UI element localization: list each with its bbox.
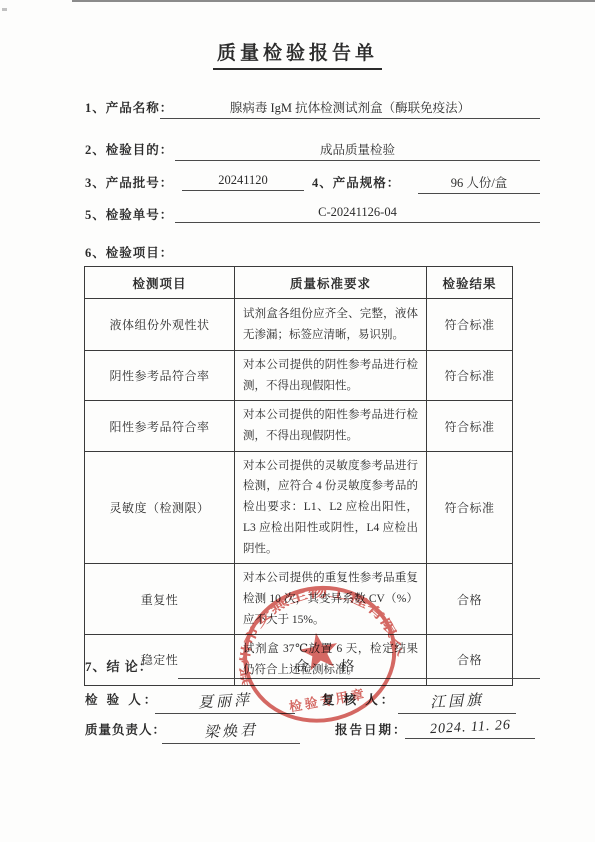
spec-label: 4、产品规格： xyxy=(312,173,400,191)
batch-label: 3、产品批号： xyxy=(85,173,173,191)
item-cell: 灵敏度（检测限） xyxy=(85,451,235,563)
stamp-star-icon xyxy=(297,630,341,672)
table-row: 阳性参考品符合率 对本公司提供的阳性参考品进行检测，不得出现假阴性。 符合标准 xyxy=(85,401,513,451)
field-purpose: 2、检验目的： 成品质量检验 xyxy=(0,140,595,164)
conclusion-label: 7、结 论： xyxy=(85,656,153,675)
quality-manager-label: 质量负责人： xyxy=(85,720,166,738)
item-cell: 阴性参考品符合率 xyxy=(85,351,235,401)
scan-artifact-top-line xyxy=(72,0,595,2)
item-cell: 重复性 xyxy=(85,564,235,635)
page-title: 质量检验报告单 xyxy=(213,38,382,70)
inspector-label: 检 验 人： xyxy=(85,690,159,708)
product-name-value: 腺病毒 IgM 抗体检测试剂盒（酶联免疫法） xyxy=(160,98,540,119)
table-row: 阴性参考品符合率 对本公司提供的阴性参考品进行检测，不得出现假阳性。 符合标准 xyxy=(85,351,513,401)
items-label: 6、检验项目： xyxy=(85,243,173,261)
field-items-heading: 6、检验项目： xyxy=(0,243,595,267)
requirement-cell: 试剂盒各组份应齐全、完整，液体无渗漏；标签应清晰，易识别。 xyxy=(235,299,427,351)
report-page: 质量检验报告单 1、产品名称： 腺病毒 IgM 抗体检测试剂盒（酶联免疫法） 2… xyxy=(0,0,595,842)
spec-value: 96 人份/盒 xyxy=(418,173,540,194)
col-header-item: 检测项目 xyxy=(85,267,235,299)
item-cell: 阳性参考品符合率 xyxy=(85,401,235,451)
report-no-label: 5、检验单号： xyxy=(85,205,173,223)
table-row: 液体组份外观性状 试剂盒各组份应齐全、完整，液体无渗漏；标签应清晰，易识别。 符… xyxy=(85,299,513,351)
result-cell: 符合标准 xyxy=(427,299,513,351)
reviewer-signature: 江国旗 xyxy=(429,689,484,713)
purpose-value: 成品质量检验 xyxy=(175,140,540,161)
col-header-result: 检验结果 xyxy=(427,267,513,299)
report-date-value: 2024. 11. 26 xyxy=(429,718,511,738)
table-header-row: 检测项目 质量标准要求 检验结果 xyxy=(85,267,513,299)
result-cell: 符合标准 xyxy=(427,451,513,563)
report-no-value: C-20241126-04 xyxy=(175,205,540,223)
result-cell: 符合标准 xyxy=(427,401,513,451)
batch-value: 20241120 xyxy=(182,173,304,191)
result-cell: 符合标准 xyxy=(427,351,513,401)
requirement-cell: 对本公司提供的阴性参考品进行检测，不得出现假阳性。 xyxy=(235,351,427,401)
result-cell: 合格 xyxy=(427,564,513,635)
requirement-cell: 对本公司提供的阳性参考品进行检测，不得出现假阴性。 xyxy=(235,401,427,451)
inspection-stamp: 郑州市安燕生物工程有限公司 检验专用章 xyxy=(221,563,420,749)
table-row: 灵敏度（检测限） 对本公司提供的灵敏度参考品进行检测，应符合 4 份灵敏度参考品… xyxy=(85,451,513,563)
scan-artifact-speck xyxy=(2,8,7,11)
item-cell: 液体组份外观性状 xyxy=(85,299,235,351)
field-batch-spec: 3、产品批号： 20241120 4、产品规格： 96 人份/盒 xyxy=(0,173,595,197)
requirement-cell: 对本公司提供的灵敏度参考品进行检测，应符合 4 份灵敏度参考品的检出要求：L1、… xyxy=(235,451,427,563)
field-product-name: 1、产品名称： 腺病毒 IgM 抗体检测试剂盒（酶联免疫法） xyxy=(0,98,595,122)
purpose-label: 2、检验目的： xyxy=(85,140,173,158)
col-header-requirement: 质量标准要求 xyxy=(235,267,427,299)
field-report-no: 5、检验单号： C-20241126-04 xyxy=(0,205,595,229)
